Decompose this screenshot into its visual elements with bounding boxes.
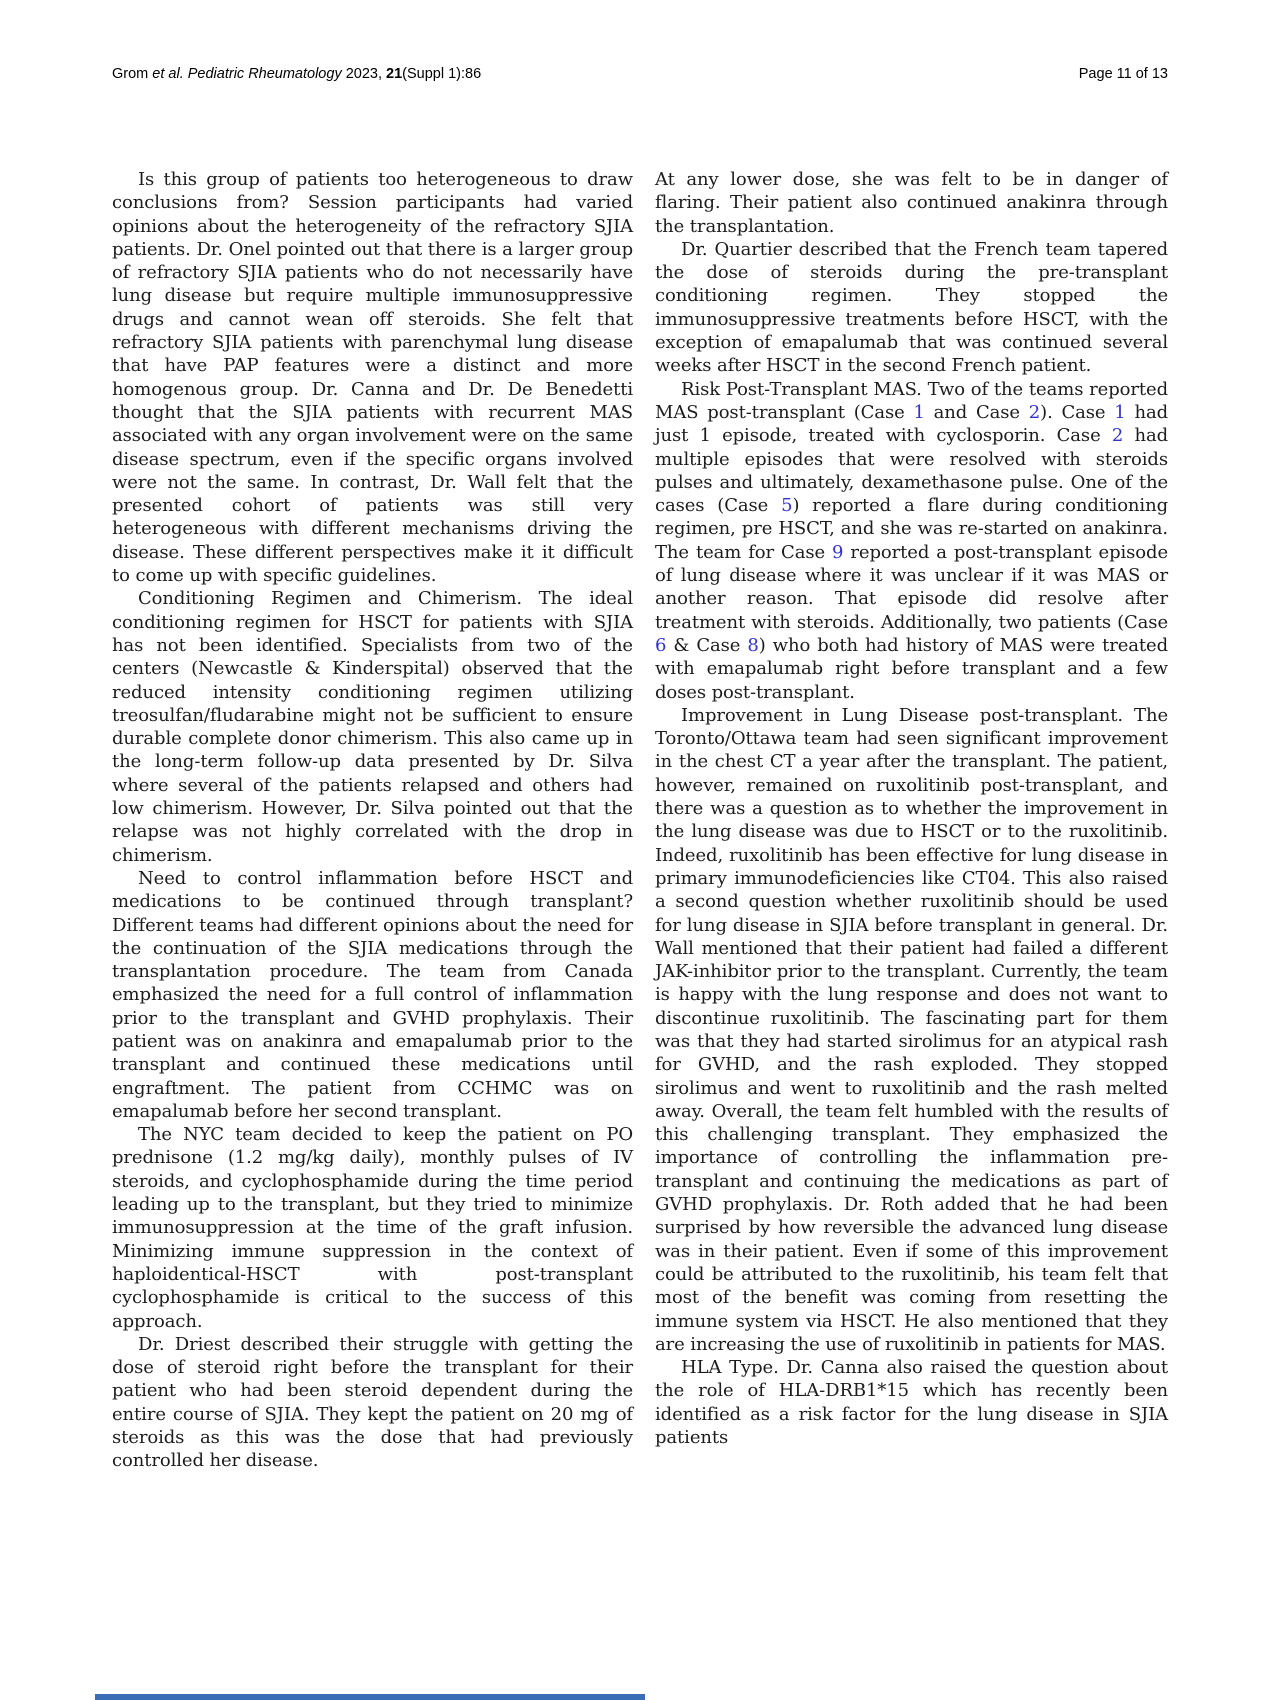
text-segment: ). Case — [1040, 402, 1114, 423]
footer-rule — [95, 1694, 645, 1700]
right-text-column: At any lower dose, she was felt to be in… — [655, 168, 1168, 1449]
text-segment: Conditioning Regimen and Chimerism. The … — [112, 588, 633, 865]
paragraph: Dr. Driest described their struggle with… — [112, 1333, 633, 1473]
case-ref-link[interactable]: 1 — [913, 402, 924, 423]
paragraph: Conditioning Regimen and Chimerism. The … — [112, 587, 633, 867]
text-segment: & Case — [666, 635, 747, 656]
case-ref-link[interactable]: 1 — [1114, 402, 1125, 423]
case-ref-link[interactable]: 2 — [1029, 402, 1040, 423]
text-segment: Dr. Driest described their struggle with… — [112, 1334, 633, 1471]
paragraph: At any lower dose, she was felt to be in… — [655, 168, 1168, 238]
case-ref-link[interactable]: 2 — [1112, 425, 1123, 446]
left-text-column: Is this group of patients too heterogene… — [112, 168, 633, 1473]
text-segment: 2023, — [342, 66, 386, 82]
paragraph: Risk Post-Transplant MAS. Two of the tea… — [655, 378, 1168, 704]
case-ref-link[interactable]: 9 — [832, 542, 843, 563]
paragraph: The NYC team decided to keep the patient… — [112, 1123, 633, 1333]
paragraph: Need to control inflammation before HSCT… — [112, 867, 633, 1123]
citation: Grom et al. Pediatric Rheumatology 2023,… — [112, 66, 481, 82]
text-segment: Dr. Quartier described that the French t… — [655, 239, 1168, 376]
page-number-label: Page 11 of 13 — [1079, 66, 1168, 82]
text-segment: Grom — [112, 66, 152, 82]
case-ref-link[interactable]: 8 — [747, 635, 758, 656]
text-segment: Is this group of patients too heterogene… — [112, 169, 633, 586]
paragraph: Is this group of patients too heterogene… — [112, 168, 633, 587]
case-ref-link[interactable]: 5 — [781, 495, 792, 516]
text-segment: Improvement in Lung Disease post-transpl… — [655, 705, 1168, 1355]
text-segment: 21 — [386, 66, 402, 82]
paragraph: HLA Type. Dr. Canna also raised the ques… — [655, 1356, 1168, 1449]
text-segment: HLA Type. Dr. Canna also raised the ques… — [655, 1357, 1168, 1448]
text-segment: and Case — [925, 402, 1029, 423]
text-segment: (Suppl 1):86 — [402, 66, 481, 82]
paragraph: Dr. Quartier described that the French t… — [655, 238, 1168, 378]
page-header: Grom et al. Pediatric Rheumatology 2023,… — [112, 66, 1168, 82]
text-segment: Need to control inflammation before HSCT… — [112, 868, 633, 1122]
text-segment: At any lower dose, she was felt to be in… — [655, 169, 1168, 237]
text-segment: et al. Pediatric Rheumatology — [152, 66, 341, 82]
case-ref-link[interactable]: 6 — [655, 635, 666, 656]
paper-page: Grom et al. Pediatric Rheumatology 2023,… — [0, 0, 1280, 1700]
text-segment: The NYC team decided to keep the patient… — [112, 1124, 633, 1331]
paragraph: Improvement in Lung Disease post-transpl… — [655, 704, 1168, 1356]
